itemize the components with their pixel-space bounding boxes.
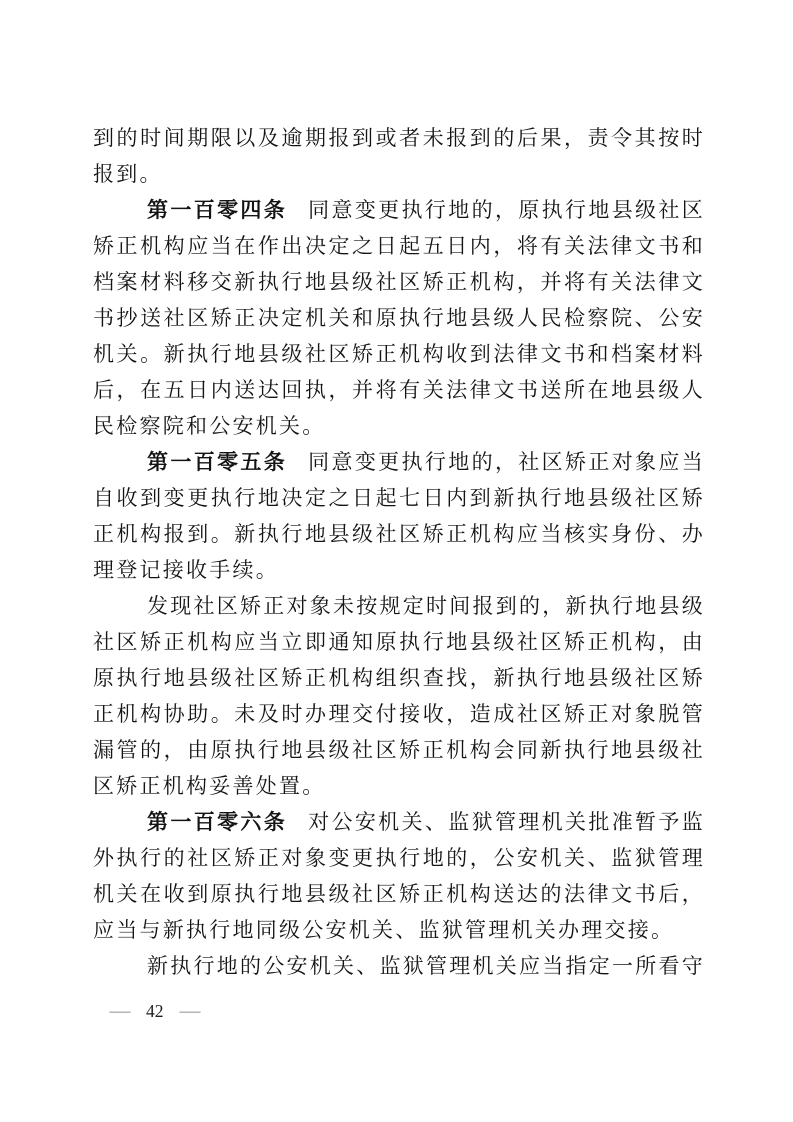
- article-105-heading: 第一百零五条: [147, 450, 287, 474]
- article-106-paragraph: 第一百零六条对公安机关、监狱管理机关批准暂予监外执行的社区矫正对象变更执行地的，…: [93, 804, 705, 948]
- article-104-text: 同意变更执行地的，原执行地县级社区矫正机构应当在作出决定之日起五日内，将有关法律…: [93, 198, 705, 438]
- footer-dash-left: —: [110, 1004, 131, 1020]
- page-footer: — 42 —: [112, 1001, 198, 1022]
- document-body: 到的时间期限以及逾期报到或者未报到的后果，责令其按时报到。 第一百零四条同意变更…: [93, 120, 705, 984]
- article-106-second-paragraph: 新执行地的公安机关、监狱管理机关应当指定一所看守: [93, 948, 705, 984]
- article-106-heading: 第一百零六条: [147, 810, 287, 834]
- document-page: 到的时间期限以及逾期报到或者未报到的后果，责令其按时报到。 第一百零四条同意变更…: [0, 0, 793, 1122]
- footer-dash-right: —: [179, 1004, 200, 1020]
- page-number: 42: [146, 1001, 164, 1022]
- article-104-heading: 第一百零四条: [147, 198, 287, 222]
- article-105-paragraph: 第一百零五条同意变更执行地的，社区矫正对象应当自收到变更执行地决定之日起七日内到…: [93, 444, 705, 588]
- paragraph-continuation: 到的时间期限以及逾期报到或者未报到的后果，责令其按时报到。: [93, 120, 705, 192]
- article-105-second-paragraph: 发现社区矫正对象未按规定时间报到的，新执行地县级社区矫正机构应当立即通知原执行地…: [93, 588, 705, 804]
- article-104-paragraph: 第一百零四条同意变更执行地的，原执行地县级社区矫正机构应当在作出决定之日起五日内…: [93, 192, 705, 444]
